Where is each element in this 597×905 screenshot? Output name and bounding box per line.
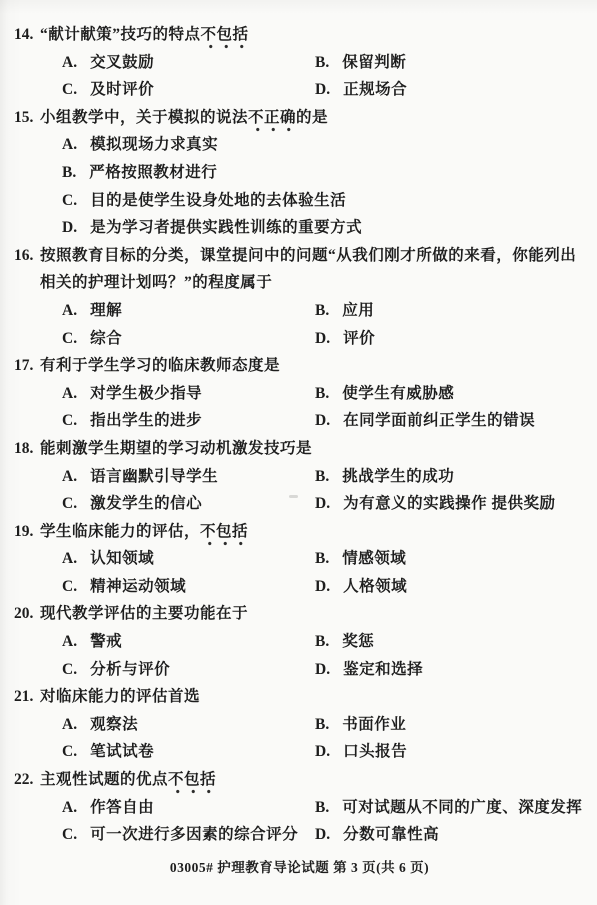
option-label: B.	[315, 49, 329, 77]
stem-text: “献计献策”技巧的特点	[40, 26, 201, 43]
option-label: A.	[62, 49, 77, 77]
option-text: 观察法	[90, 716, 138, 733]
option-text: 理解	[90, 302, 122, 319]
option-label: A.	[62, 463, 77, 491]
stem-text-emphasized: 不包括	[201, 26, 249, 49]
stem-text-emphasized: 不包括	[200, 523, 248, 546]
question-number: 14.	[14, 21, 33, 49]
option-text: 对学生极少指导	[90, 385, 202, 402]
option: A.语言幽默引导学生	[62, 463, 315, 491]
option-label: B.	[62, 159, 76, 187]
question-list: 14.“献计献策”技巧的特点不包括A.交叉鼓励B.保留判断C.及时评价D.正规场…	[14, 21, 585, 849]
option-text: 语言幽默引导学生	[90, 468, 218, 485]
option-text: 保留判断	[342, 54, 406, 71]
option-label: B.	[315, 463, 329, 491]
option: C.精神运动领域	[62, 573, 315, 601]
stem-text: 现代教学评估的主要功能在于	[40, 605, 248, 622]
option: C.综合	[62, 325, 315, 353]
option: A.警戒	[62, 628, 315, 656]
option: A.观察法	[62, 711, 315, 739]
option-text: 认知领域	[90, 550, 154, 567]
option-label: B.	[315, 711, 329, 739]
option-text: 指出学生的进步	[90, 412, 202, 429]
stem-text: 对临床能力的评估首选	[40, 688, 200, 705]
option-text: 笔试试卷	[90, 743, 154, 760]
question-number: 22.	[14, 766, 33, 794]
option-text: 鉴定和选择	[343, 661, 423, 678]
option-label: D.	[315, 821, 330, 849]
scan-artifact	[289, 495, 298, 498]
question-stem: 14.“献计献策”技巧的特点不包括	[14, 21, 585, 49]
option-text: 严格按照教材进行	[89, 164, 217, 181]
option-text: 可对试题从不同的广度、深度发挥	[342, 799, 582, 816]
option: D.为有意义的实践操作 提供奖励	[315, 490, 585, 518]
option-text: 应用	[342, 302, 374, 319]
stem-text: 按照教育目标的分类，课堂提问中的问题“从我们刚才所做的来看，你能列出相关的护理计…	[40, 247, 576, 292]
question-number: 18.	[14, 435, 33, 463]
option-label: B.	[315, 628, 329, 656]
question-number: 17.	[14, 352, 33, 380]
option: B.可对试题从不同的广度、深度发挥	[315, 794, 585, 822]
option-text: 分析与评价	[90, 661, 170, 678]
option: D.鉴定和选择	[315, 656, 585, 684]
option-list: A.模拟现场力求真实B.严格按照教材进行C.目的是使学生设身处地的去体验生活D.…	[14, 131, 585, 241]
option-label: A.	[62, 711, 77, 739]
option: B.应用	[315, 297, 585, 325]
option-text: 模拟现场力求真实	[90, 136, 218, 153]
option: B.严格按照教材进行	[62, 159, 585, 187]
option-label: C.	[62, 656, 77, 684]
option: A.作答自由	[62, 794, 315, 822]
option-label: D.	[315, 573, 330, 601]
option-text: 可一次进行多因素的综合评分	[90, 826, 298, 843]
option-text: 为有意义的实践操作 提供奖励	[343, 495, 555, 512]
stem-text: 学生临床能力的评估，	[40, 523, 200, 540]
stem-text-emphasized: 不包括	[168, 771, 216, 794]
option-label: C.	[62, 821, 77, 849]
question-number: 21.	[14, 683, 33, 711]
option: D.是为学习者提供实践性训练的重要方式	[62, 214, 585, 242]
question-stem: 21.对临床能力的评估首选	[14, 683, 585, 711]
option-text: 挑战学生的成功	[342, 468, 454, 485]
option: B.使学生有威胁感	[315, 380, 585, 408]
question-number: 19.	[14, 518, 33, 546]
option-text: 交叉鼓励	[90, 54, 154, 71]
stem-text: 的是	[296, 109, 328, 126]
option: A.交叉鼓励	[62, 49, 315, 77]
question-number: 15.	[14, 104, 33, 132]
option-label: B.	[315, 545, 329, 573]
question-block: 15.小组教学中，关于模拟的说法不正确的是A.模拟现场力求真实B.严格按照教材进…	[14, 104, 585, 242]
question-number: 20.	[14, 600, 33, 628]
option: C.分析与评价	[62, 656, 315, 684]
option-list: A.作答自由B.可对试题从不同的广度、深度发挥C.可一次进行多因素的综合评分D.…	[14, 794, 585, 849]
option-label: A.	[62, 131, 77, 159]
question-stem: 18.能刺激学生期望的学习动机激发技巧是	[14, 435, 585, 463]
option-text: 作答自由	[90, 799, 154, 816]
option-label: D.	[315, 325, 330, 353]
option-label: D.	[315, 76, 330, 104]
option-list: A.理解B.应用C.综合D.评价	[14, 297, 585, 352]
option-label: B.	[315, 297, 329, 325]
option: B.挑战学生的成功	[315, 463, 585, 491]
option-text: 目的是使学生设身处地的去体验生活	[90, 192, 346, 209]
option-text: 情感领域	[342, 550, 406, 567]
question-block: 16.按照教育目标的分类，课堂提问中的问题“从我们刚才所做的来看，你能列出相关的…	[14, 242, 585, 352]
option-text: 在同学面前纠正学生的错误	[343, 412, 535, 429]
option-list: A.认知领域B.情感领域C.精神运动领域D.人格领域	[14, 545, 585, 600]
option: C.目的是使学生设身处地的去体验生活	[62, 187, 585, 215]
question-stem: 20.现代教学评估的主要功能在于	[14, 600, 585, 628]
option-text: 是为学习者提供实践性训练的重要方式	[90, 219, 362, 236]
option-text: 人格领域	[343, 578, 407, 595]
option: B.保留判断	[315, 49, 585, 77]
option-label: D.	[315, 490, 330, 518]
option-text: 精神运动领域	[90, 578, 186, 595]
option-label: C.	[62, 325, 77, 353]
option-label: D.	[315, 407, 330, 435]
option-label: C.	[62, 407, 77, 435]
question-block: 21.对临床能力的评估首选A.观察法B.书面作业C.笔试试卷D.口头报告	[14, 683, 585, 766]
question-block: 18.能刺激学生期望的学习动机激发技巧是A.语言幽默引导学生B.挑战学生的成功C…	[14, 435, 585, 518]
question-stem: 16.按照教育目标的分类，课堂提问中的问题“从我们刚才所做的来看，你能列出相关的…	[14, 242, 585, 297]
option-list: A.警戒B.奖惩C.分析与评价D.鉴定和选择	[14, 628, 585, 683]
option: B.书面作业	[315, 711, 585, 739]
option-label: A.	[62, 297, 77, 325]
option: C.激发学生的信心	[62, 490, 315, 518]
question-block: 20.现代教学评估的主要功能在于A.警戒B.奖惩C.分析与评价D.鉴定和选择	[14, 600, 585, 683]
option: A.认知领域	[62, 545, 315, 573]
question-stem: 17.有利于学生学习的临床教师态度是	[14, 352, 585, 380]
option-label: D.	[62, 214, 77, 242]
option: D.人格领域	[315, 573, 585, 601]
option: D.在同学面前纠正学生的错误	[315, 407, 585, 435]
option-label: C.	[62, 187, 77, 215]
option: C.指出学生的进步	[62, 407, 315, 435]
option: C.及时评价	[62, 76, 315, 104]
page-footer: 03005# 护理教育导论试题 第 3 页(共 6 页)	[14, 858, 585, 878]
option-text: 激发学生的信心	[90, 495, 202, 512]
question-block: 17.有利于学生学习的临床教师态度是A.对学生极少指导B.使学生有威胁感C.指出…	[14, 352, 585, 435]
question-block: 14.“献计献策”技巧的特点不包括A.交叉鼓励B.保留判断C.及时评价D.正规场…	[14, 21, 585, 104]
option-label: A.	[62, 380, 77, 408]
option: C.笔试试卷	[62, 738, 315, 766]
option-text: 分数可靠性高	[343, 826, 439, 843]
question-block: 22.主观性试题的优点不包括A.作答自由B.可对试题从不同的广度、深度发挥C.可…	[14, 766, 585, 849]
option-label: D.	[315, 656, 330, 684]
option-text: 及时评价	[90, 81, 154, 98]
option-list: A.观察法B.书面作业C.笔试试卷D.口头报告	[14, 711, 585, 766]
option-text: 警戒	[90, 633, 122, 650]
option-text: 综合	[90, 330, 122, 347]
option: B.奖惩	[315, 628, 585, 656]
option: D.分数可靠性高	[315, 821, 585, 849]
question-stem: 15.小组教学中，关于模拟的说法不正确的是	[14, 104, 585, 132]
option-text: 评价	[343, 330, 375, 347]
option: D.评价	[315, 325, 585, 353]
option: A.理解	[62, 297, 315, 325]
question-stem: 22.主观性试题的优点不包括	[14, 766, 585, 794]
option: D.口头报告	[315, 738, 585, 766]
option: D.正规场合	[315, 76, 585, 104]
stem-text: 主观性试题的优点	[40, 771, 168, 788]
question-block: 19.学生临床能力的评估，不包括A.认知领域B.情感领域C.精神运动领域D.人格…	[14, 518, 585, 601]
question-stem: 19.学生临床能力的评估，不包括	[14, 518, 585, 546]
option-label: A.	[62, 628, 77, 656]
option-text: 正规场合	[343, 81, 407, 98]
exam-page: 14.“献计献策”技巧的特点不包括A.交叉鼓励B.保留判断C.及时评价D.正规场…	[0, 0, 597, 905]
option: B.情感领域	[315, 545, 585, 573]
option-label: A.	[62, 545, 77, 573]
option-label: A.	[62, 794, 77, 822]
option-list: A.交叉鼓励B.保留判断C.及时评价D.正规场合	[14, 49, 585, 104]
stem-text: 有利于学生学习的临床教师态度是	[40, 357, 280, 374]
option-label: C.	[62, 76, 77, 104]
option-label: B.	[315, 794, 329, 822]
option-text: 奖惩	[342, 633, 374, 650]
stem-text-emphasized: 不正确	[248, 109, 296, 132]
option-label: D.	[315, 738, 330, 766]
option-label: B.	[315, 380, 329, 408]
option: C.可一次进行多因素的综合评分	[62, 821, 315, 849]
option-list: A.语言幽默引导学生B.挑战学生的成功C.激发学生的信心D.为有意义的实践操作 …	[14, 463, 585, 518]
option-text: 使学生有威胁感	[342, 385, 454, 402]
question-number: 16.	[14, 242, 33, 270]
stem-text: 小组教学中，关于模拟的说法	[40, 109, 248, 126]
option-list: A.对学生极少指导B.使学生有威胁感C.指出学生的进步D.在同学面前纠正学生的错…	[14, 380, 585, 435]
stem-text: 能刺激学生期望的学习动机激发技巧是	[40, 440, 312, 457]
option-text: 书面作业	[342, 716, 406, 733]
option: A.模拟现场力求真实	[62, 131, 585, 159]
option-label: C.	[62, 738, 77, 766]
option-label: C.	[62, 490, 77, 518]
option: A.对学生极少指导	[62, 380, 315, 408]
option-label: C.	[62, 573, 77, 601]
option-text: 口头报告	[343, 743, 407, 760]
